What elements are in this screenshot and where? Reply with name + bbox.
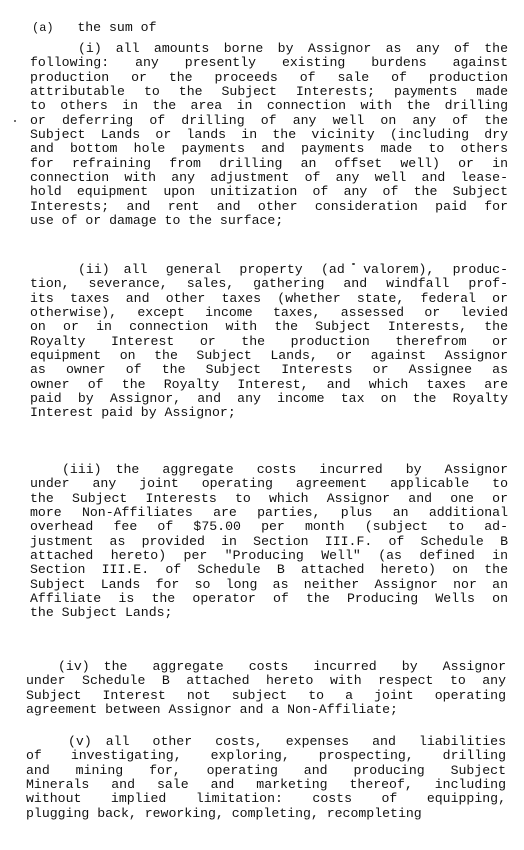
clause-line: more Non-Affiliates are parties, plus an… bbox=[30, 506, 508, 520]
clause-line: to others in the area in connection with… bbox=[30, 99, 508, 113]
clause-line: Minerals and sale and marketing thereof,… bbox=[26, 778, 506, 792]
clause-line: the Subject Lands; bbox=[30, 606, 508, 620]
clause-line: overhead fee of $75.00 per month (subjec… bbox=[30, 520, 508, 534]
clause-line: for refraining from drilling an offset w… bbox=[30, 157, 508, 171]
clause-first-line: (i)all amounts borne by Assignor as any … bbox=[30, 42, 508, 56]
clause-marker: (v) bbox=[68, 735, 92, 749]
clause-first-line: (iii)the aggregate costs incurred by Ass… bbox=[30, 463, 508, 477]
section-label: (a) bbox=[32, 21, 54, 35]
document-page: (a) the sum of (i)all amounts borne by A… bbox=[0, 0, 524, 850]
clause-line: under Schedule B attached hereto with re… bbox=[26, 674, 506, 688]
section-heading-text: the sum of bbox=[77, 20, 156, 35]
clause-line: without implied limitation: costs of equ… bbox=[26, 792, 506, 806]
clause-marker: (iii) bbox=[62, 463, 102, 477]
clause-line: use of or damage to the surface; bbox=[30, 214, 508, 228]
clause-iv: (iv)the aggregate costs incurred by Assi… bbox=[26, 660, 506, 717]
clause-line: or deferring of drilling of any well on … bbox=[30, 114, 508, 128]
clause-marker: (iv) bbox=[58, 660, 90, 674]
clause-line: attached hereto) per "Producing Well" (a… bbox=[30, 549, 508, 563]
clause-text: all general property (ad valorem), produ… bbox=[124, 263, 508, 277]
clause-line: otherwise), except income taxes, assesse… bbox=[30, 306, 508, 320]
clause-line: production or the proceeds of sale of pr… bbox=[30, 71, 508, 85]
clause-first-line: (iv)the aggregate costs incurred by Assi… bbox=[26, 660, 506, 674]
clause-line: connection with any adjustment of any we… bbox=[30, 171, 508, 185]
clause-line: of investigating, exploring, prospecting… bbox=[26, 749, 506, 763]
clause-ii: (ii)all general property (ad valorem), p… bbox=[30, 263, 508, 421]
clause-first-line: (ii)all general property (ad valorem), p… bbox=[30, 263, 508, 277]
clause-line: attributable to the Subject Interests; p… bbox=[30, 85, 508, 99]
clause-first-line: (v)all other costs, expenses and liabili… bbox=[26, 735, 506, 749]
clause-line: owner of the Royalty Interest, and which… bbox=[30, 378, 508, 392]
clause-marker: (ii) bbox=[78, 263, 110, 277]
clause-line: justment as provided in Section III.F. o… bbox=[30, 535, 508, 549]
clause-line: following: any presently existing burden… bbox=[30, 56, 508, 70]
clause-line: agreement between Assignor and a Non-Aff… bbox=[26, 703, 506, 717]
clause-line: Subject Lands or lands in the vicinity (… bbox=[30, 128, 508, 142]
clause-line: and mining for, operating and producing … bbox=[26, 764, 506, 778]
clause-text: all amounts borne by Assignor as any of … bbox=[116, 42, 508, 56]
clause-line: equipment on the Subject Lands, or again… bbox=[30, 349, 508, 363]
clause-line: Subject Interest not subject to a joint … bbox=[26, 689, 506, 703]
clause-v: (v)all other costs, expenses and liabili… bbox=[26, 735, 506, 821]
clause-text: the aggregate costs incurred by Assignor bbox=[116, 463, 508, 477]
scan-speck bbox=[352, 263, 355, 265]
clause-line: and bottom hole payments and payments ma… bbox=[30, 142, 508, 156]
clause-line: paid by Assignor, and any income tax on … bbox=[30, 392, 508, 406]
clause-text: the aggregate costs incurred by Assignor bbox=[104, 660, 506, 674]
clause-line: its taxes and other taxes (whether state… bbox=[30, 292, 508, 306]
clause-line: on or in connection with the Subject Int… bbox=[30, 320, 508, 334]
clause-line: the Subject Interests to which Assignor … bbox=[30, 492, 508, 506]
clause-line: under any joint operating agreement appl… bbox=[30, 477, 508, 491]
clause-line: Subject Lands for so long as neither Ass… bbox=[30, 578, 508, 592]
clause-line: Royalty Interest or the production there… bbox=[30, 335, 508, 349]
clause-line: hold equipment upon unitization of any o… bbox=[30, 185, 508, 199]
clause-marker: (i) bbox=[78, 42, 102, 56]
clause-line: Affiliate is the operator of the Produci… bbox=[30, 592, 508, 606]
clause-i: (i)all amounts borne by Assignor as any … bbox=[30, 42, 508, 228]
clause-text: all other costs, expenses and liabilitie… bbox=[106, 735, 506, 749]
clause-line: Section III.E. of Schedule B attached he… bbox=[30, 563, 508, 577]
clause-line: tion, severance, sales, gathering and wi… bbox=[30, 277, 508, 291]
clause-line: Interests; and rent and other considerat… bbox=[30, 200, 508, 214]
clause-line: Interest paid by Assignor; bbox=[30, 406, 508, 420]
scan-speck bbox=[14, 120, 16, 122]
clause-line: as owner of the Subject Interests or Ass… bbox=[30, 363, 508, 377]
clause-iii: (iii)the aggregate costs incurred by Ass… bbox=[30, 463, 508, 621]
clause-line: plugging back, reworking, completing, re… bbox=[26, 807, 506, 821]
section-heading: (a) the sum of bbox=[32, 20, 157, 35]
